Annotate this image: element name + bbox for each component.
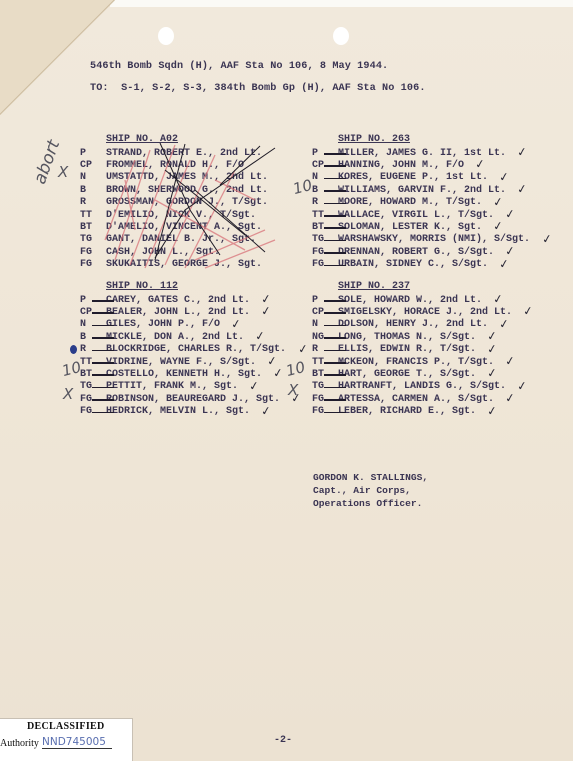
crew-name: DOLSON, HENRY J., 2nd Lt. — [338, 319, 488, 330]
crew-row: PSTRAND, ROBERT E., 2nd Lt. — [80, 147, 268, 159]
crew-position: TG — [80, 234, 106, 245]
crew-row: TTMCKEON, FRANCIS P., T/Sgt.✓ — [312, 356, 512, 368]
crew-name: BEALER, JOHN L., 2nd Lt. — [106, 307, 250, 318]
crew-row: PCAREY, GATES C., 2nd Lt.✓ — [80, 294, 286, 306]
crew-position: P — [80, 148, 106, 159]
position-strike-mark — [324, 165, 346, 167]
position-strike-mark — [92, 362, 114, 364]
crew-name: HARTRANFT, LANDIS G., S/Sgt. — [338, 381, 506, 392]
crew-name: SMIGELSKY, HORACE J., 2nd Lt. — [338, 307, 512, 318]
crew-row: FGDRENNAN, ROBERT G., S/Sgt.✓ — [312, 246, 530, 258]
crew-name: COSTELLO, KENNETH H., Sgt. — [106, 369, 262, 380]
crew-name: VIDRINE, WAYNE F., S/Sgt. — [106, 357, 256, 368]
crew-position: B — [80, 185, 106, 196]
check-mark-icon: ✓ — [474, 157, 486, 172]
crew-row: FGCASH, JOHN L., Sgt. — [80, 246, 268, 258]
crew-row: CPBEALER, JOHN L., 2nd Lt.✓ — [80, 306, 286, 318]
ship-block-263: SHIP NO. 263PMILLER, JAMES G. II, 1st Lt… — [312, 134, 530, 271]
check-mark-icon: ✓ — [504, 206, 516, 221]
position-strike-mark — [324, 312, 346, 314]
check-mark-icon: ✓ — [541, 231, 553, 246]
x-mark: X — [288, 381, 298, 399]
x-mark: X — [63, 385, 73, 403]
crew-name: FROMMEL, RONALD H., F/O — [106, 160, 244, 171]
crew-name: WILLIAMS, GARVIN F., 2nd Lt. — [338, 185, 506, 196]
position-strike-mark — [324, 387, 346, 389]
check-mark-icon: ✓ — [260, 403, 272, 418]
crew-position: BT — [80, 222, 106, 233]
crew-position: CP — [80, 160, 106, 171]
crew-row: FGSKUKAITIS, GEORGE J., Sgt. — [80, 259, 268, 271]
crew-row: FGLEBER, RICHARD E., Sgt.✓ — [312, 406, 512, 418]
crew-position: TT — [80, 210, 106, 221]
crew-row: TGGANT, DANIEL B. Jr., Sgt. — [80, 234, 268, 246]
crew-name: CASH, JOHN L., Sgt. — [106, 247, 220, 258]
position-strike-mark — [92, 312, 114, 314]
position-strike-mark — [324, 153, 346, 155]
authority-number: NND745005 — [42, 736, 112, 749]
crew-row: RMOORE, HOWARD M., T/Sgt.✓ — [312, 197, 530, 209]
crew-name: MOORE, HOWARD M., T/Sgt. — [338, 197, 482, 208]
crew-name: GILES, JOHN P., F/O — [106, 319, 220, 330]
signature-name: GORDON K. STALLINGS, — [313, 471, 428, 484]
check-mark-icon: ✓ — [486, 366, 498, 381]
crew-row: BTHART, GEORGE T., S/Sgt.✓ — [312, 368, 512, 380]
crew-name: WALLACE, VIRGIL L., T/Sgt. — [338, 210, 494, 221]
position-strike-mark — [324, 300, 346, 302]
check-mark-icon: ✓ — [492, 194, 504, 209]
header-from-line: 546th Bomb Sqdn (H), AAF Sta No 106, 8 M… — [90, 62, 388, 72]
check-mark-icon: ✓ — [523, 304, 535, 319]
crew-position: FG — [80, 247, 106, 258]
crew-row: PMILLER, JAMES G. II, 1st Lt.✓ — [312, 147, 530, 159]
position-strike-mark — [324, 350, 346, 352]
crew-name: DRENNAN, ROBERT G., S/Sgt. — [338, 247, 494, 258]
position-strike-mark — [92, 399, 114, 401]
declassified-stamp: DECLASSIFIED Authority NND745005 — [0, 718, 133, 761]
crew-name: WARSHAWSKY, MORRIS (NMI), S/Sgt. — [338, 234, 530, 245]
crew-row: FGARTESSA, CARMEN A., S/Sgt.✓ — [312, 393, 512, 405]
crew-name: D'EMILIO, NICK V., T/Sgt. — [106, 210, 256, 221]
crew-name: HART, GEORGE T., S/Sgt. — [338, 369, 476, 380]
crew-name: SOLE, HOWARD W., 2nd Lt. — [338, 295, 482, 306]
crew-name: UMSTATTD, JAMES M., 2nd Lt. — [106, 172, 268, 183]
x-mark: X — [58, 163, 68, 181]
crew-row: FGHEDRICK, MELVIN L., Sgt.✓ — [80, 406, 286, 418]
crew-name: STRAND, ROBERT E., 2nd Lt. — [106, 148, 262, 159]
position-strike-mark — [92, 350, 114, 352]
position-strike-mark — [324, 412, 346, 414]
crew-row: TGWARSHAWSKY, MORRIS (NMI), S/Sgt.✓ — [312, 234, 530, 246]
crew-name: URBAIN, SIDNEY C., S/Sgt. — [338, 259, 488, 270]
crew-name: HEDRICK, MELVIN L., Sgt. — [106, 406, 250, 417]
crew-row: CPSMIGELSKY, HORACE J., 2nd Lt.✓ — [312, 306, 512, 318]
crew-name: CAREY, GATES C., 2nd Lt. — [106, 295, 250, 306]
punch-hole-icon — [333, 27, 349, 45]
check-mark-icon: ✓ — [254, 329, 266, 344]
crew-row: CPFROMMEL, RONALD H., F/O — [80, 159, 268, 171]
position-strike-mark — [324, 227, 346, 229]
crew-name: BLOCKRIDGE, CHARLES R., T/Sgt. — [106, 344, 286, 355]
ink-dot — [70, 345, 77, 354]
crew-name: GANT, DANIEL B. Jr., Sgt. — [106, 234, 256, 245]
crew-name: LEBER, RICHARD E., Sgt. — [338, 406, 476, 417]
position-strike-mark — [324, 374, 346, 376]
crew-row: BBROWN, SHERWOOD G., 2nd Lt. — [80, 184, 268, 196]
header-to-line: TO: S-1, S-2, S-3, 384th Bomb Gp (H), AA… — [90, 84, 426, 94]
position-strike-mark — [92, 412, 114, 414]
check-mark-icon: ✓ — [498, 256, 510, 271]
position-strike-mark — [324, 203, 346, 205]
crew-row: BMICKLE, DON A., 2nd Lt.✓ — [80, 331, 286, 343]
check-mark-icon: ✓ — [498, 316, 510, 331]
ship-block-237: SHIP NO. 237PSOLE, HOWARD W., 2nd Lt.✓CP… — [312, 281, 512, 418]
check-mark-icon: ✓ — [248, 378, 260, 393]
position-strike-mark — [92, 337, 114, 339]
declassified-title: DECLASSIFIED — [27, 721, 105, 732]
crew-name: SOLOMAN, LESTER K., Sgt. — [338, 222, 482, 233]
ship-title: SHIP NO. 237 — [338, 281, 512, 294]
crew-row: NKORES, EUGENE P., 1st Lt.✓ — [312, 172, 530, 184]
crew-name: GROSSMAN, GORDON J., T/Sgt. — [106, 197, 268, 208]
check-mark-icon: ✓ — [492, 219, 504, 234]
ship-block-a02: SHIP NO. A02PSTRAND, ROBERT E., 2nd Lt.C… — [80, 134, 268, 271]
crew-row: TTVIDRINE, WAYNE F., S/Sgt.✓ — [80, 356, 286, 368]
check-mark-icon: ✓ — [498, 169, 510, 184]
check-mark-icon: ✓ — [516, 378, 528, 393]
position-strike-mark — [324, 240, 346, 242]
check-mark-icon: ✓ — [486, 403, 498, 418]
page-number: -2- — [274, 735, 292, 746]
ship-title: SHIP NO. A02 — [106, 134, 268, 147]
crew-row: RGROSSMAN, GORDON J., T/Sgt. — [80, 197, 268, 209]
check-mark-icon: ✓ — [504, 390, 516, 405]
crew-name: ARTESSA, CARMEN A., S/Sgt. — [338, 394, 494, 405]
crew-row: TGHARTRANFT, LANDIS G., S/Sgt.✓ — [312, 381, 512, 393]
fold-edge-line — [0, 0, 115, 115]
crew-row: TTD'EMILIO, NICK V., T/Sgt. — [80, 209, 268, 221]
crew-row: NDOLSON, HENRY J., 2nd Lt.✓ — [312, 319, 512, 331]
check-mark-icon: ✓ — [516, 144, 528, 159]
authority-label: Authority — [0, 738, 39, 749]
position-strike-mark — [324, 265, 346, 267]
position-strike-mark — [324, 190, 346, 192]
ship-title: SHIP NO. 263 — [338, 134, 530, 147]
check-mark-icon: ✓ — [297, 341, 309, 356]
position-strike-mark — [324, 325, 346, 327]
position-strike-mark — [324, 399, 346, 401]
check-mark-icon: ✓ — [504, 353, 516, 368]
check-mark-icon: ✓ — [486, 341, 498, 356]
position-strike-mark — [324, 178, 346, 180]
crew-name: LONG, THOMAS N., S/Sgt. — [338, 332, 476, 343]
position-strike-mark — [92, 325, 114, 327]
crew-name: SKUKAITIS, GEORGE J., Sgt. — [106, 259, 262, 270]
position-strike-mark — [324, 362, 346, 364]
crew-name: KORES, EUGENE P., 1st Lt. — [338, 172, 488, 183]
crew-position: FG — [80, 259, 106, 270]
signature-block: GORDON K. STALLINGS,Capt., Air Corps,Ope… — [313, 471, 428, 511]
ten-mark: 10 — [291, 176, 314, 198]
signature-role: Operations Officer. — [313, 497, 428, 510]
scan-border — [110, 0, 573, 7]
check-mark-icon: ✓ — [492, 291, 504, 306]
crew-name: BROWN, SHERWOOD G., 2nd Lt. — [106, 185, 268, 196]
ten-mark: 10 — [284, 358, 307, 380]
position-strike-mark — [324, 337, 346, 339]
position-strike-mark — [324, 252, 346, 254]
punch-hole-icon — [158, 27, 174, 45]
check-mark-icon: ✓ — [272, 366, 284, 381]
document-page: 546th Bomb Sqdn (H), AAF Sta No 106, 8 M… — [0, 0, 573, 761]
position-strike-mark — [324, 215, 346, 217]
signature-rank: Capt., Air Corps, — [313, 484, 428, 497]
crew-name: D'AMELIO, VINCENT A., Sgt. — [106, 222, 262, 233]
ship-block-112: SHIP NO. 112PCAREY, GATES C., 2nd Lt.✓CP… — [80, 281, 286, 418]
check-mark-icon: ✓ — [516, 182, 528, 197]
check-mark-icon: ✓ — [260, 304, 272, 319]
crew-row: FGROBINSON, BEAUREGARD J., Sgt.✓ — [80, 393, 286, 405]
crew-row: TGPETTIT, FRANK M., Sgt.✓ — [80, 381, 286, 393]
position-strike-mark — [92, 300, 114, 302]
crew-name: ROBINSON, BEAUREGARD J., Sgt. — [106, 394, 280, 405]
crew-row: RBLOCKRIDGE, CHARLES R., T/Sgt.✓ — [80, 344, 286, 356]
crew-row: NGLONG, THOMAS N., S/Sgt.✓ — [312, 331, 512, 343]
crew-name: HANNING, JOHN M., F/O — [338, 160, 464, 171]
crew-row: NUMSTATTD, JAMES M., 2nd Lt. — [80, 172, 268, 184]
crew-name: MCKEON, FRANCIS P., T/Sgt. — [338, 357, 494, 368]
crew-name: ELLIS, EDWIN R., T/Sgt. — [338, 344, 476, 355]
crew-position: R — [80, 197, 106, 208]
crew-name: PETTIT, FRANK M., Sgt. — [106, 381, 238, 392]
crew-name: MICKLE, DON A., 2nd Lt. — [106, 332, 244, 343]
position-strike-mark — [92, 387, 114, 389]
crew-row: PSOLE, HOWARD W., 2nd Lt.✓ — [312, 294, 512, 306]
crew-position: N — [80, 172, 106, 183]
crew-row: BTD'AMELIO, VINCENT A., Sgt. — [80, 221, 268, 233]
check-mark-icon: ✓ — [230, 316, 242, 331]
crew-row: FGURBAIN, SIDNEY C., S/Sgt.✓ — [312, 259, 530, 271]
crew-row: RELLIS, EDWIN R., T/Sgt.✓ — [312, 344, 512, 356]
position-strike-mark — [92, 374, 114, 376]
crew-row: BTSOLOMAN, LESTER K., Sgt.✓ — [312, 221, 530, 233]
